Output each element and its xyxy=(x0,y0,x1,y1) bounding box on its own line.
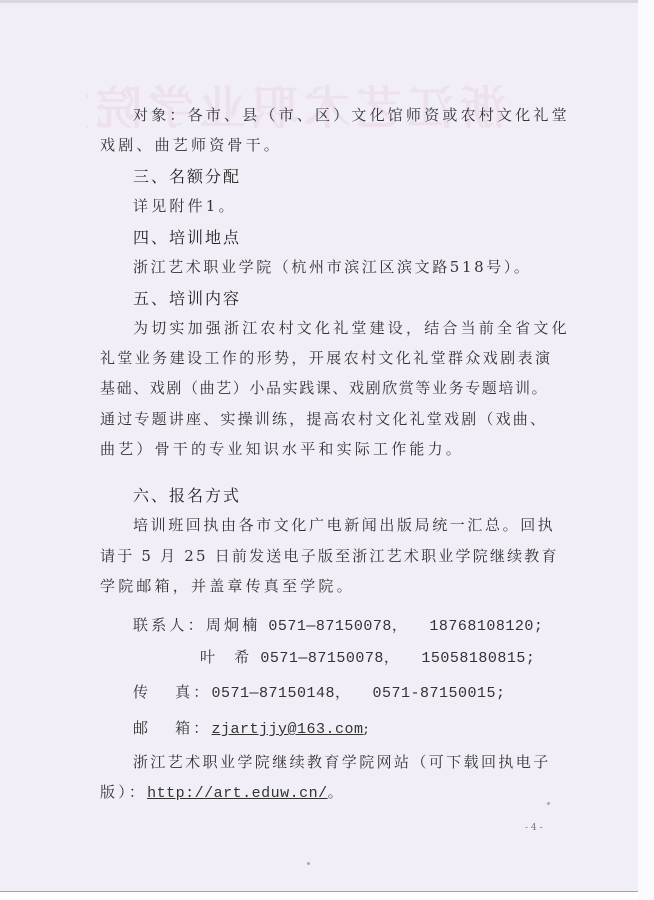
contact-1-name: 周炯楠 xyxy=(206,616,261,634)
section-4-body: 浙江艺术职业学院（杭州市滨江区滨文路518号）。 xyxy=(133,256,532,277)
contact-1-phone: 0571—87150078， xyxy=(268,618,407,635)
section-6-line-2: 请于 5 月 25 日前发送电子版至浙江艺术职业学院继续教育 xyxy=(100,545,559,566)
fax-row: 传 真：0571—87150148， 0571-87150015; xyxy=(133,681,506,702)
section-5-line-3: 基础、戏剧（曲艺）小品实践课、戏剧欣赏等业务专题培训。 xyxy=(100,377,548,398)
website-suffix: 。 xyxy=(328,783,346,801)
section-6-line-3: 学院邮箱，并盖章传真至学院。 xyxy=(100,575,355,596)
section-5-line-1: 为切实加强浙江农村文化礼堂建设，结合当前全省文化 xyxy=(133,317,570,338)
email-row: 邮 箱：zjartjjy@163.com; xyxy=(133,717,372,738)
contact-row-1: 联系人：周炯楠 0571—87150078， 18768108120; xyxy=(133,614,543,635)
fax-label: 传 真： xyxy=(133,683,212,701)
contact-2-phone: 0571—87150078， xyxy=(260,650,399,667)
scan-top-shadow xyxy=(0,0,638,3)
section-5-line-2: 礼堂业务建设工作的形势，开展农村文化礼堂群众戏剧表演 xyxy=(100,347,552,368)
website-link[interactable]: http://art.eduw.cn/ xyxy=(147,785,328,802)
email-link[interactable]: zjartjjy@163.com xyxy=(212,721,364,738)
scan-speck xyxy=(547,802,550,805)
scan-edge-strip xyxy=(638,0,654,900)
website-prefix: 版）： xyxy=(100,783,147,801)
website-line-1: 浙江艺术职业学院继续教育学院网站（可下载回执电子 xyxy=(133,751,551,772)
page-number: - 4 - xyxy=(525,823,543,833)
section-5-line-5: 曲艺）骨干的专业知识水平和实际工作能力。 xyxy=(100,438,464,459)
scan-speck xyxy=(307,862,310,865)
section-6-heading: 六、报名方式 xyxy=(133,483,241,506)
fax-number-2: 0571-87150015; xyxy=(373,685,506,702)
section-3-body: 详见附件1。 xyxy=(133,195,237,216)
section-5-heading: 五、培训内容 xyxy=(133,286,241,309)
section-6-line-1: 培训班回执由各市文化广电新闻出版局统一汇总。回执 xyxy=(133,514,555,535)
contact-row-2: 叶 希 0571—87150078， 15058180815; xyxy=(200,646,535,667)
section-3-heading: 三、名额分配 xyxy=(133,164,241,187)
fax-number-1: 0571—87150148， xyxy=(212,685,351,702)
target-audience-line-2: 戏剧、曲艺师资骨干。 xyxy=(100,134,282,155)
target-audience-line-1: 对象：各市、县（市、区）文化馆师资或农村文化礼堂 xyxy=(133,104,570,125)
website-line-2: 版）：http://art.eduw.cn/。 xyxy=(100,781,346,802)
email-suffix: ; xyxy=(364,719,372,737)
contact-label: 联系人： xyxy=(133,616,206,634)
section-5-line-4: 通过专题讲座、实操训练，提高农村文化礼堂戏剧（戏曲、 xyxy=(100,408,547,429)
contact-2-name: 叶 希 xyxy=(200,648,252,666)
scanned-page: 浙江艺术职业学院文件 对象：各市、县（市、区）文化馆师资或农村文化礼堂 戏剧、曲… xyxy=(0,0,638,892)
contact-2-mobile: 15058180815; xyxy=(421,650,535,667)
email-label: 邮 箱： xyxy=(133,719,212,737)
contact-1-mobile: 18768108120; xyxy=(429,618,543,635)
section-4-heading: 四、培训地点 xyxy=(133,225,241,248)
